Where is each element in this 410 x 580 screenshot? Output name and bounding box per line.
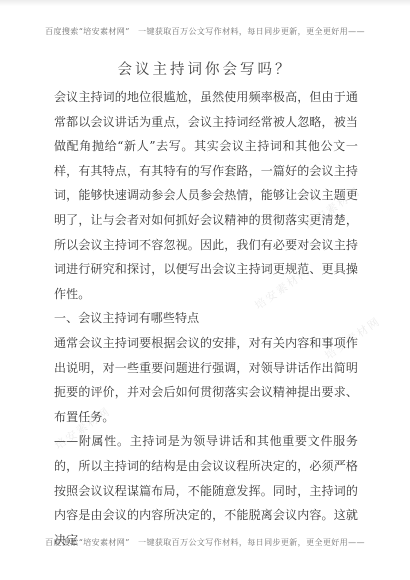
page-title: 会议主持词你会写吗？ <box>0 58 410 79</box>
section-heading: 一、会议主持词有哪些特点 <box>54 306 358 331</box>
paragraph: ——附属性。主持词是为领导讲话和其他重要文件服务的，所以主持词的结构是由会议议程… <box>54 429 358 552</box>
page-top-edge-shade <box>0 0 410 6</box>
paragraph: 通常会议主持词要根据会议的安排，对有关内容和事项作出说明，对一些重要问题进行强调… <box>54 331 358 429</box>
paragraph: 会议主持词的地位很尴尬，虽然使用频率极高，但由于通常都以会议讲话为重点，会议主持… <box>54 85 358 306</box>
footer-promo-text: 百度搜索“培安素材网” 一键获取百万公文写作材料，每日同步更新，更全更好用—— <box>0 537 410 548</box>
document-body: 会议主持词的地位很尴尬，虽然使用频率极高，但由于通常都以会议讲话为重点，会议主持… <box>54 85 358 552</box>
header-promo-text: 百度搜索“培安素材网” 一键获取百万公文写作材料，每日同步更新，更全更好用—— <box>0 26 410 37</box>
document-page: 百度搜索“培安素材网” 一键获取百万公文写作材料，每日同步更新，更全更好用—— … <box>0 0 410 580</box>
